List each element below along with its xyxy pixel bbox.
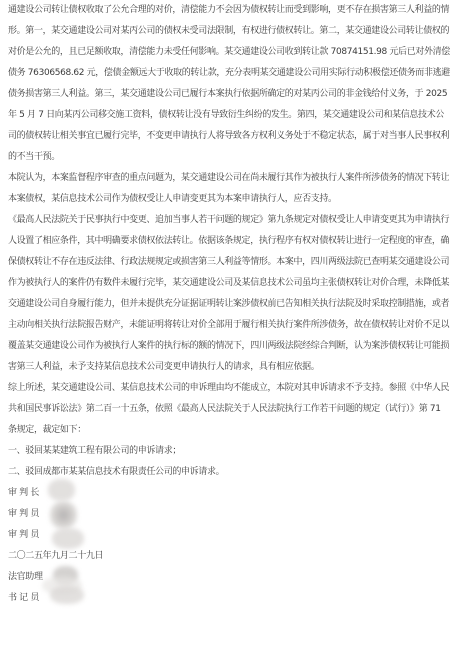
line-body-line: 《最高人民法院关于民事执行中变更、追加当事人若干问题的规定》第九条规定对债权受让… (0, 210, 459, 231)
line-ruling-item-2: 二、驳回成都市某某信息技术有限责任公司的申诉请求。 (0, 462, 459, 483)
line-body-line: 对价是公允的，且已足额收取，清偿能力未受任何影响。某交通建设公司收到转让款 70… (0, 42, 459, 63)
line-body-line: 本案债权，某信息技术公司作为债权受让人申请变更其为本案申请执行人，应否支持。 (0, 189, 459, 210)
line-body-line: 债务 76306568.62 元，偿债金额远大于收取的转让款，充分表明某交通建设… (0, 63, 459, 84)
line-body-line: 形。第一，某交通建设公司对某丙公司的债权未受司法限制，有权进行债权转让。第二，某… (0, 21, 459, 42)
line-body-line: 本院认为，本案监督程序审查的重点问题为，某交通建设公司在尚未履行其作为被执行人案… (0, 168, 459, 189)
line-body-line: 条规定，裁定如下： (0, 420, 459, 441)
line-body-line: 通建设公司转让债权收取了公允合理的对价，清偿能力不会因为债权转让而受到影响，更不… (0, 0, 459, 21)
line-judge-label: 审 判 员 (0, 504, 459, 525)
line-clerk-label: 书 记 员 (0, 588, 459, 609)
line-judge-label: 审 判 员 (0, 525, 459, 546)
line-body-line: 作为被执行人的案件仍有数件未履行完毕，某交通建设公司及某信息技术公司虽均主张债权… (0, 273, 459, 294)
line-ruling-item-1: 一、驳回某某建筑工程有限公司的申诉请求； (0, 441, 459, 462)
line-presiding-judge-label: 审 判 长 (0, 483, 459, 504)
ruling-document-page: 通建设公司转让债权收取了公允合理的对价，清偿能力不会因为债权转让而受到影响，更不… (0, 0, 459, 660)
line-body-line: 主动向相关执行法院报告财产，未能证明将转让对价全部用于履行相关执行案件所涉债务，… (0, 315, 459, 336)
line-body-line: 人设置了相应条件，其中明确要求债权依法转让。依据该条规定，执行程序有权对债权转让… (0, 231, 459, 252)
line-body-line: 共和国民事诉讼法》第二百一十五条，依照《最高人民法院关于人民法院执行工作若干问题… (0, 399, 459, 420)
line-body-line: 交通建设公司自身履行能力，但并未提供充分证据证明转让案涉债权前已告知相关执行法院… (0, 294, 459, 315)
line-body-line: 的不当干预。 (0, 147, 459, 168)
line-body-line: 年 5 月 7 日向某丙公司移交施工资料，债权转让没有导致衍生纠纷的发生。第四，… (0, 105, 459, 126)
line-body-line: 保债权转让不存在违反法律、行政法规规定或损害第三人利益等情形。本案中，四川两级法… (0, 252, 459, 273)
line-body-line: 覆盖某交通建设公司作为被执行人案件的执行标的额的情况下，四川两级法院经综合判断，… (0, 336, 459, 357)
line-ruling-date: 二〇二五年九月二十九日 (0, 546, 459, 567)
line-body-line: 害第三人利益，未予支持某信息技术公司变更申请执行人的请求，具有相应依据。 (0, 357, 459, 378)
line-body-line: 债务损害第三人利益。第三，某交通建设公司已履行本案执行依据所确定的对某丙公司的非… (0, 84, 459, 105)
line-judge-assistant-label: 法官助理 (0, 567, 459, 588)
line-body-line: 综上所述，某交通建设公司、某信息技术公司的申诉理由均不能成立，本院对其申诉请求不… (0, 378, 459, 399)
document-text-block: 通建设公司转让债权收取了公允合理的对价，清偿能力不会因为债权转让而受到影响，更不… (0, 0, 459, 609)
line-body-line: 司的债权转让相关事宜已履行完毕，不变更申请执行人将导致各方权利义务处于不稳定状态… (0, 126, 459, 147)
